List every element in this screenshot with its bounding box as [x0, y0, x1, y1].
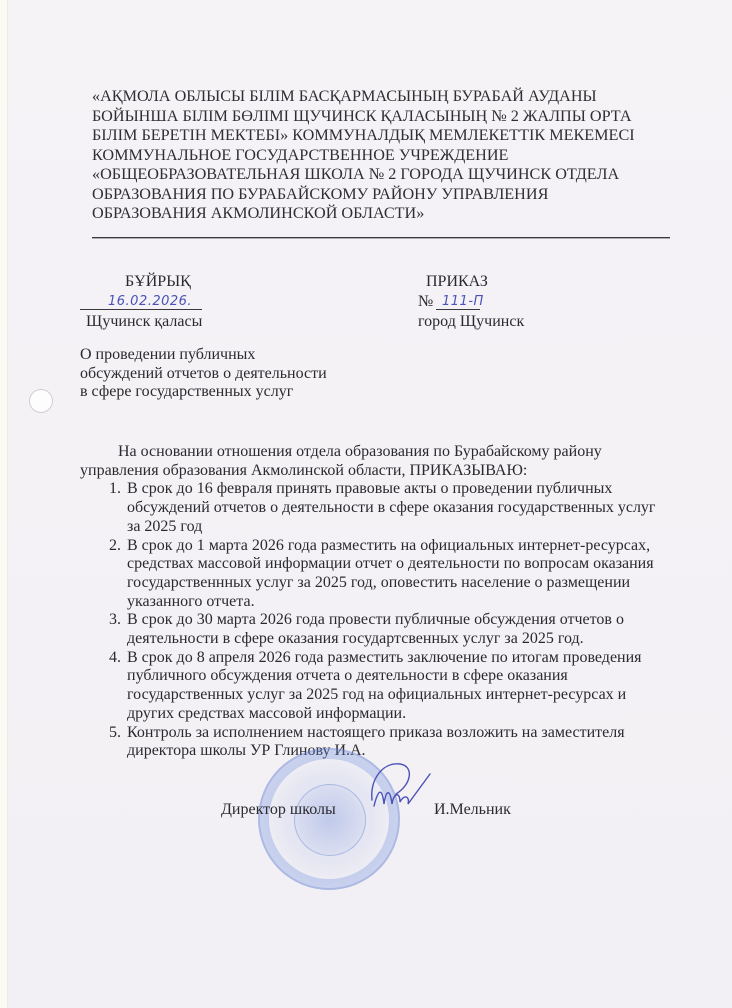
- order-title-kz: БҰЙРЫҚ: [125, 272, 191, 291]
- item-line: деятельности в сфере оказания государтсв…: [127, 630, 680, 649]
- item-line: государственных услуг за 2025 год на офи…: [127, 686, 680, 705]
- item-line: директора школы УР Глинову И.А.: [127, 742, 680, 761]
- order-item: 5. Контроль за исполнением настоящего пр…: [80, 724, 680, 761]
- order-number: № 111-П: [418, 292, 538, 311]
- number-sign: №: [418, 292, 433, 311]
- order-item: 1. В срок до 16 февраля принять правовые…: [80, 480, 680, 536]
- order-subject: О проведении публичных обсуждений отчето…: [80, 346, 380, 402]
- organization-header: «АҚМОЛА ОБЛЫСЫ БІЛІМ БАСҚАРМАСЫНЫҢ БУРАБ…: [92, 87, 682, 224]
- city-ru: город Щучинск: [418, 312, 524, 331]
- handwritten-date: 16.02.2026.: [108, 292, 192, 311]
- item-number: 2.: [109, 537, 121, 556]
- item-line: В срок до 1 марта 2026 года разместить н…: [127, 537, 680, 556]
- punch-hole: [29, 389, 53, 413]
- item-line: В срок до 30 марта 2026 года провести пу…: [127, 611, 680, 630]
- header-line: ОБРАЗОВАНИЯ ПО БУРАБАЙСКОМУ РАЙОНУ УПРАВ…: [92, 185, 682, 205]
- header-divider: [92, 237, 670, 238]
- order-items: 1. В срок до 16 февраля принять правовые…: [80, 480, 680, 761]
- document-page: «АҚМОЛА ОБЛЫСЫ БІЛІМ БАСҚАРМАСЫНЫҢ БУРАБ…: [0, 0, 732, 1008]
- item-line: государственнных услуг за 2025 год, опов…: [127, 574, 680, 593]
- intro-line: На основании отношения отдела образовани…: [80, 443, 680, 462]
- item-number: 1.: [109, 480, 121, 499]
- item-line: В срок до 8 апреля 2026 года разместить …: [127, 649, 680, 668]
- item-line: других средствах массовой информации.: [127, 705, 680, 724]
- order-body: На основании отношения отдела образовани…: [80, 443, 680, 761]
- item-line: обсуждений отчетов о деятельности в сфер…: [127, 499, 680, 518]
- intro-line: управления образования Акмолинской облас…: [80, 462, 680, 481]
- order-date: 16.02.2026.: [80, 292, 230, 311]
- item-number: 5.: [109, 724, 121, 743]
- header-line: «АҚМОЛА ОБЛЫСЫ БІЛІМ БАСҚАРМАСЫНЫҢ БУРАБ…: [92, 87, 682, 107]
- subject-line: О проведении публичных: [80, 346, 380, 365]
- header-line: БІЛІМ БЕРЕТІН МЕКТЕБІ» КОММУНАЛДЫҚ МЕМЛЕ…: [92, 126, 682, 146]
- item-line: публичного обсуждения отчета о деятельно…: [127, 667, 680, 686]
- header-line: КОММУНАЛЬНОЕ ГОСУДАРСТВЕННОЕ УЧРЕЖДЕНИЕ: [92, 146, 682, 166]
- handwritten-number: 111-П: [442, 292, 484, 311]
- item-line: указанного отчета.: [127, 593, 680, 612]
- city-kz: Щучинск қаласы: [86, 312, 202, 331]
- subject-line: обсуждений отчетов о деятельности: [80, 365, 380, 384]
- item-line: В срок до 16 февраля принять правовые ак…: [127, 480, 680, 499]
- header-line: БОЙЫНША БІЛІМ БӨЛІМІ ЩУЧИНСК ҚАЛАСЫНЫҢ №…: [92, 107, 682, 127]
- signature-icon: [352, 760, 442, 820]
- item-number: 3.: [109, 611, 121, 630]
- item-line: средствах массовой информации отчет о де…: [127, 555, 680, 574]
- subject-line: в сфере государственных услуг: [80, 383, 380, 402]
- order-title-ru: ПРИКАЗ: [426, 272, 488, 291]
- paper-edge: [0, 0, 8, 1008]
- item-line: Контроль за исполнением настоящего прика…: [127, 724, 680, 743]
- item-line: за 2025 год: [127, 518, 680, 537]
- header-line: «ОБЩЕОБРАЗОВАТЕЛЬНАЯ ШКОЛА № 2 ГОРОДА ЩУ…: [92, 165, 682, 185]
- header-line: ОБРАЗОВАНИЯ АКМОЛИНСКОЙ ОБЛАСТИ»: [92, 204, 682, 224]
- order-item: 2. В срок до 1 марта 2026 года разместит…: [80, 537, 680, 612]
- item-number: 4.: [109, 649, 121, 668]
- order-item: 3. В срок до 30 марта 2026 года провести…: [80, 611, 680, 648]
- order-item: 4. В срок до 8 апреля 2026 года размести…: [80, 649, 680, 724]
- signatory-name: И.Мельник: [434, 800, 511, 819]
- signatory-role: Директор школы: [221, 800, 336, 819]
